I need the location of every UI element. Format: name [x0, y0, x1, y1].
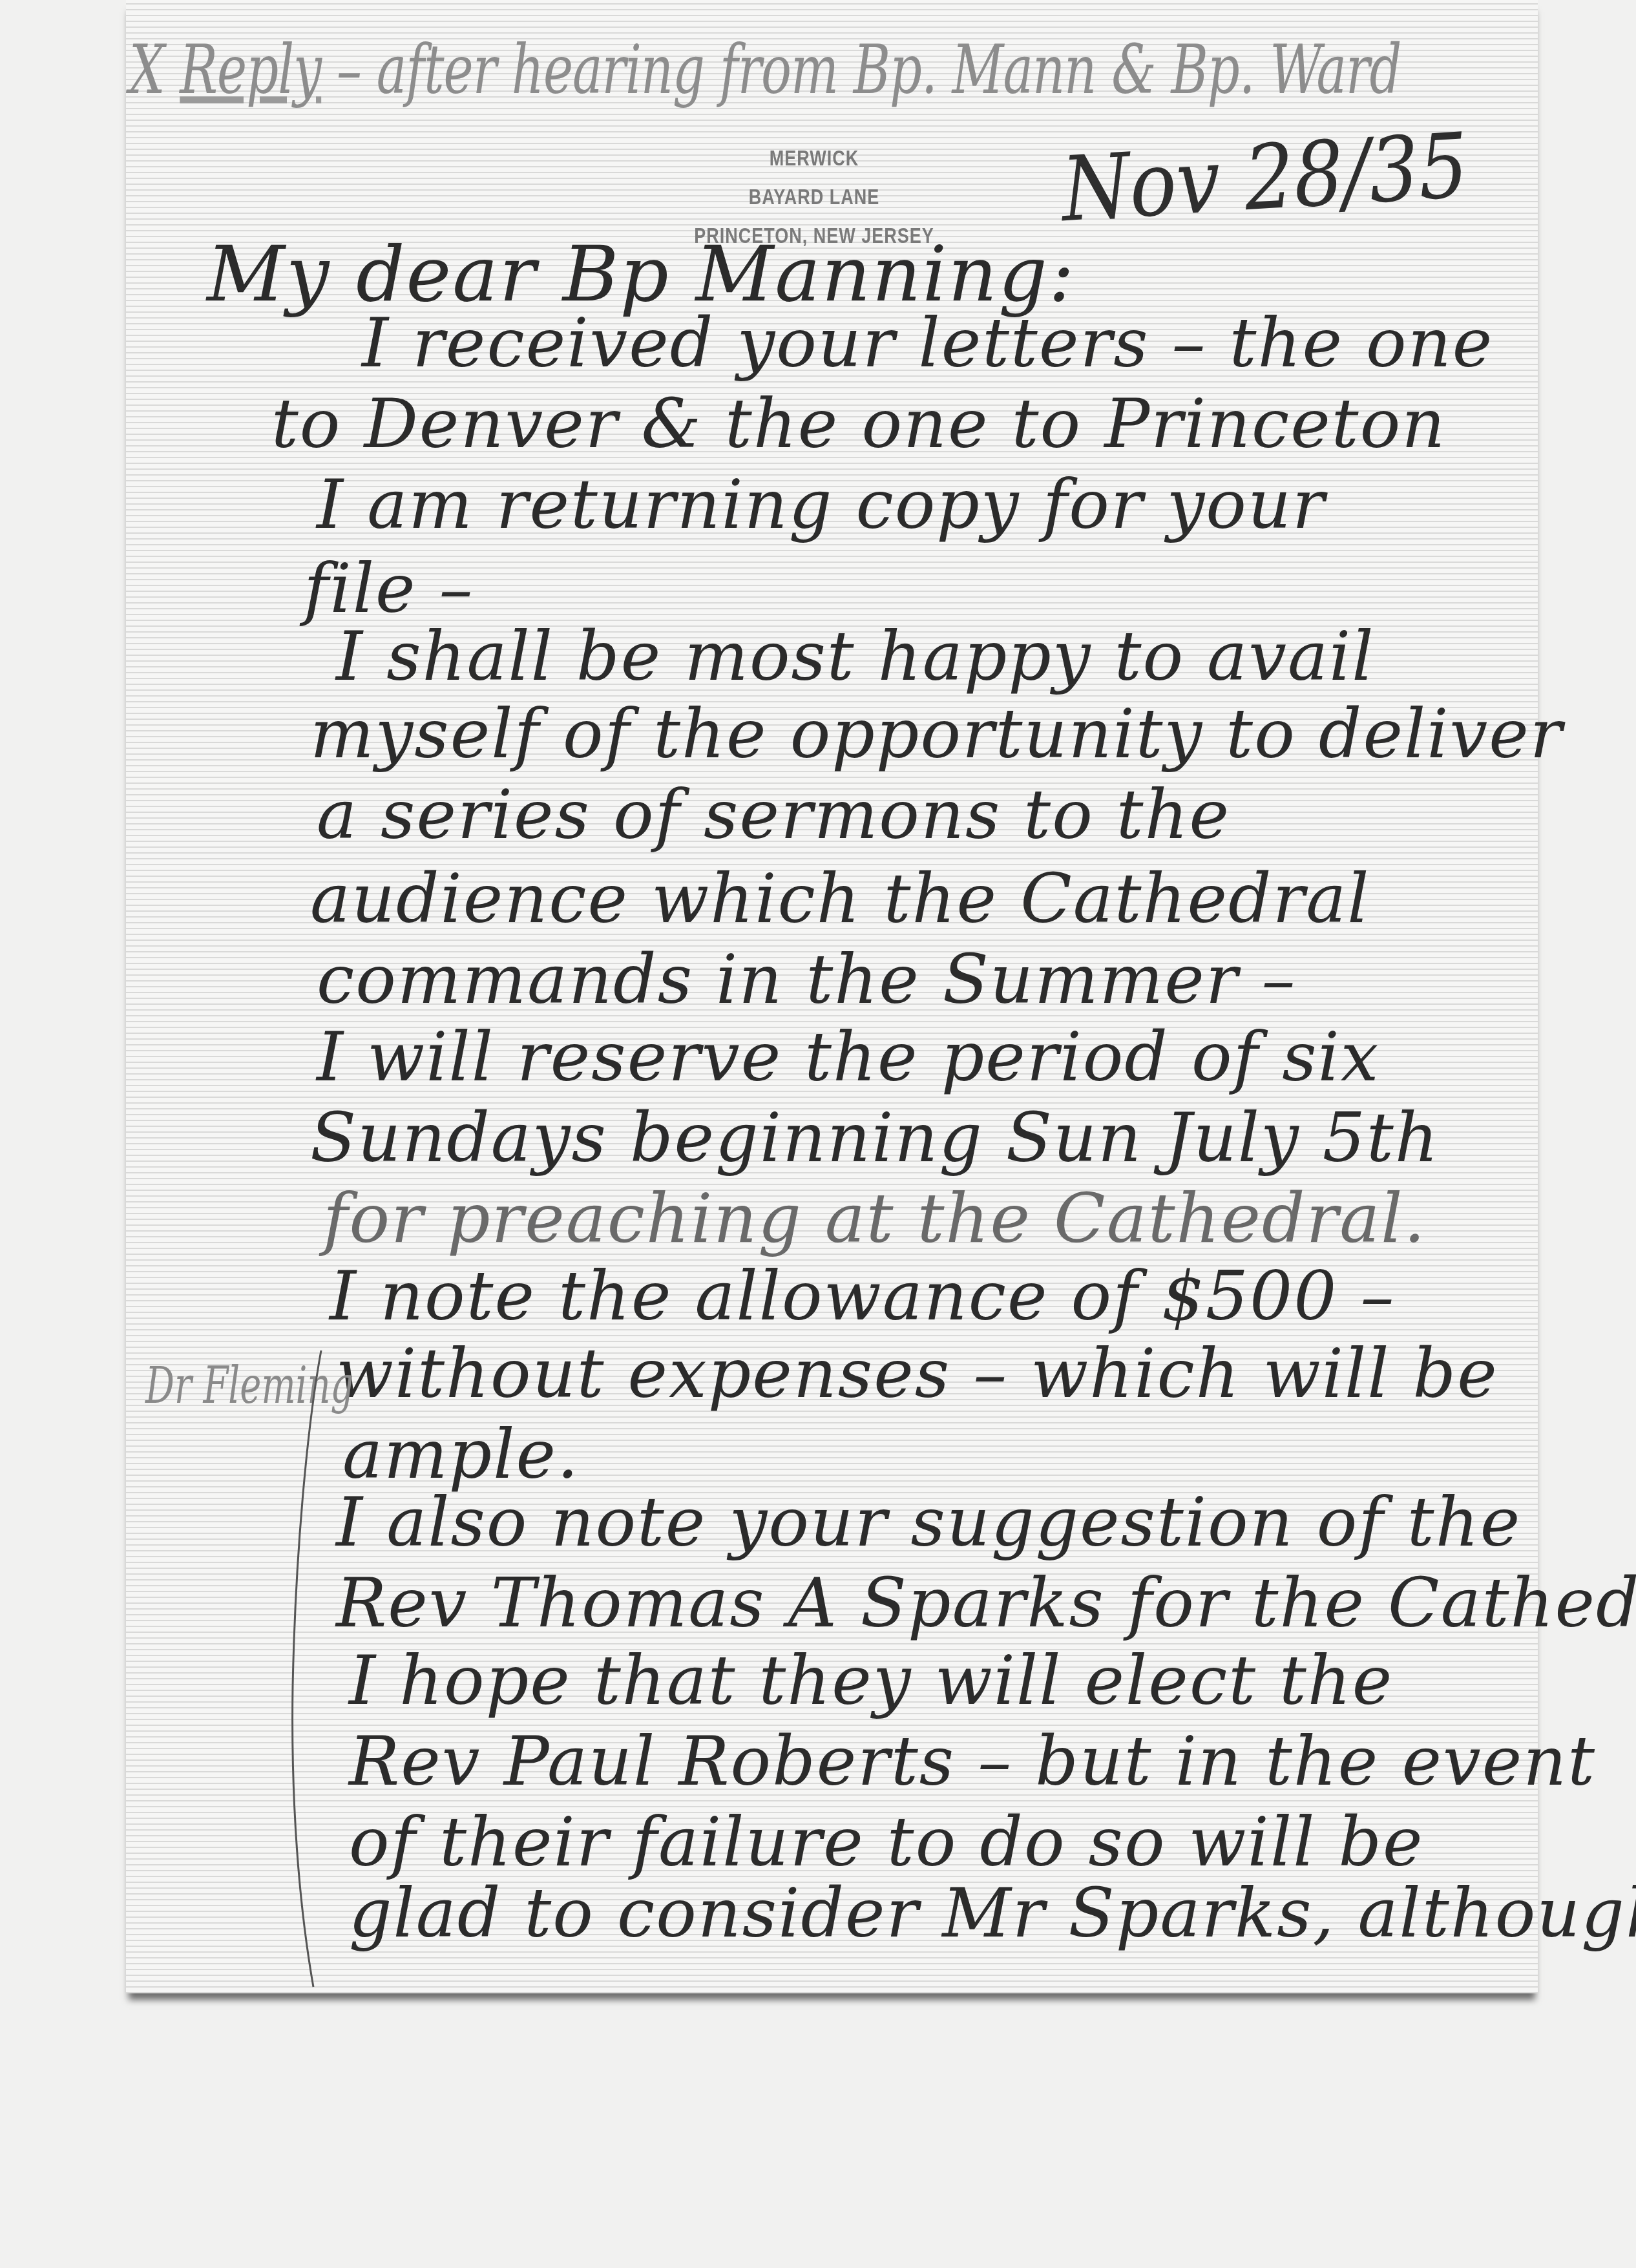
- body-line: I hope that they will elect the: [349, 1641, 1393, 1720]
- body-line: ample.: [342, 1415, 580, 1494]
- body-line: I received your letters – the one: [362, 304, 1493, 383]
- letterhead-name: MERWICK: [653, 139, 976, 178]
- body-line: without expenses – which will be: [336, 1334, 1498, 1413]
- body-line: a series of sermons to the: [317, 775, 1230, 854]
- body-line: Rev Paul Roberts – but in the event: [349, 1722, 1596, 1801]
- body-line: for preaching at the Cathedral.: [323, 1179, 1427, 1258]
- body-line: myself of the opportunity to deliver: [310, 695, 1563, 773]
- body-line: audience which the Cathedral: [310, 859, 1370, 938]
- margin-bracket-line: [288, 1350, 326, 1990]
- body-line: glad to consider Mr Sparks, although: [349, 1874, 1636, 1953]
- annotation-text: – after hearing from Bp. Mann & Bp. Ward: [321, 31, 1401, 110]
- body-line: I am returning copy for your: [317, 465, 1326, 544]
- body-line: file –: [304, 549, 474, 628]
- body-line: Sundays beginning Sun July 5th: [310, 1098, 1440, 1177]
- body-line: commands in the Summer –: [317, 940, 1297, 1019]
- body-line: to Denver & the one to Princeton: [271, 384, 1446, 463]
- x-mark: X: [129, 31, 165, 110]
- reply-word: Reply: [180, 31, 321, 110]
- letterhead-street: BAYARD LANE: [653, 178, 976, 216]
- body-line: of their failure to do so will be: [349, 1803, 1424, 1882]
- body-line: I will reserve the period of six: [317, 1018, 1379, 1097]
- body-line: I also note your suggestion of the: [336, 1483, 1521, 1562]
- body-line: Rev Thomas A Sparks for the Cathedral: [336, 1564, 1636, 1643]
- body-line: I shall be most happy to avail: [336, 617, 1374, 696]
- pencil-annotation: X Reply – after hearing from Bp. Mann & …: [129, 31, 1401, 110]
- body-line: I note the allowance of $500 –: [330, 1257, 1395, 1336]
